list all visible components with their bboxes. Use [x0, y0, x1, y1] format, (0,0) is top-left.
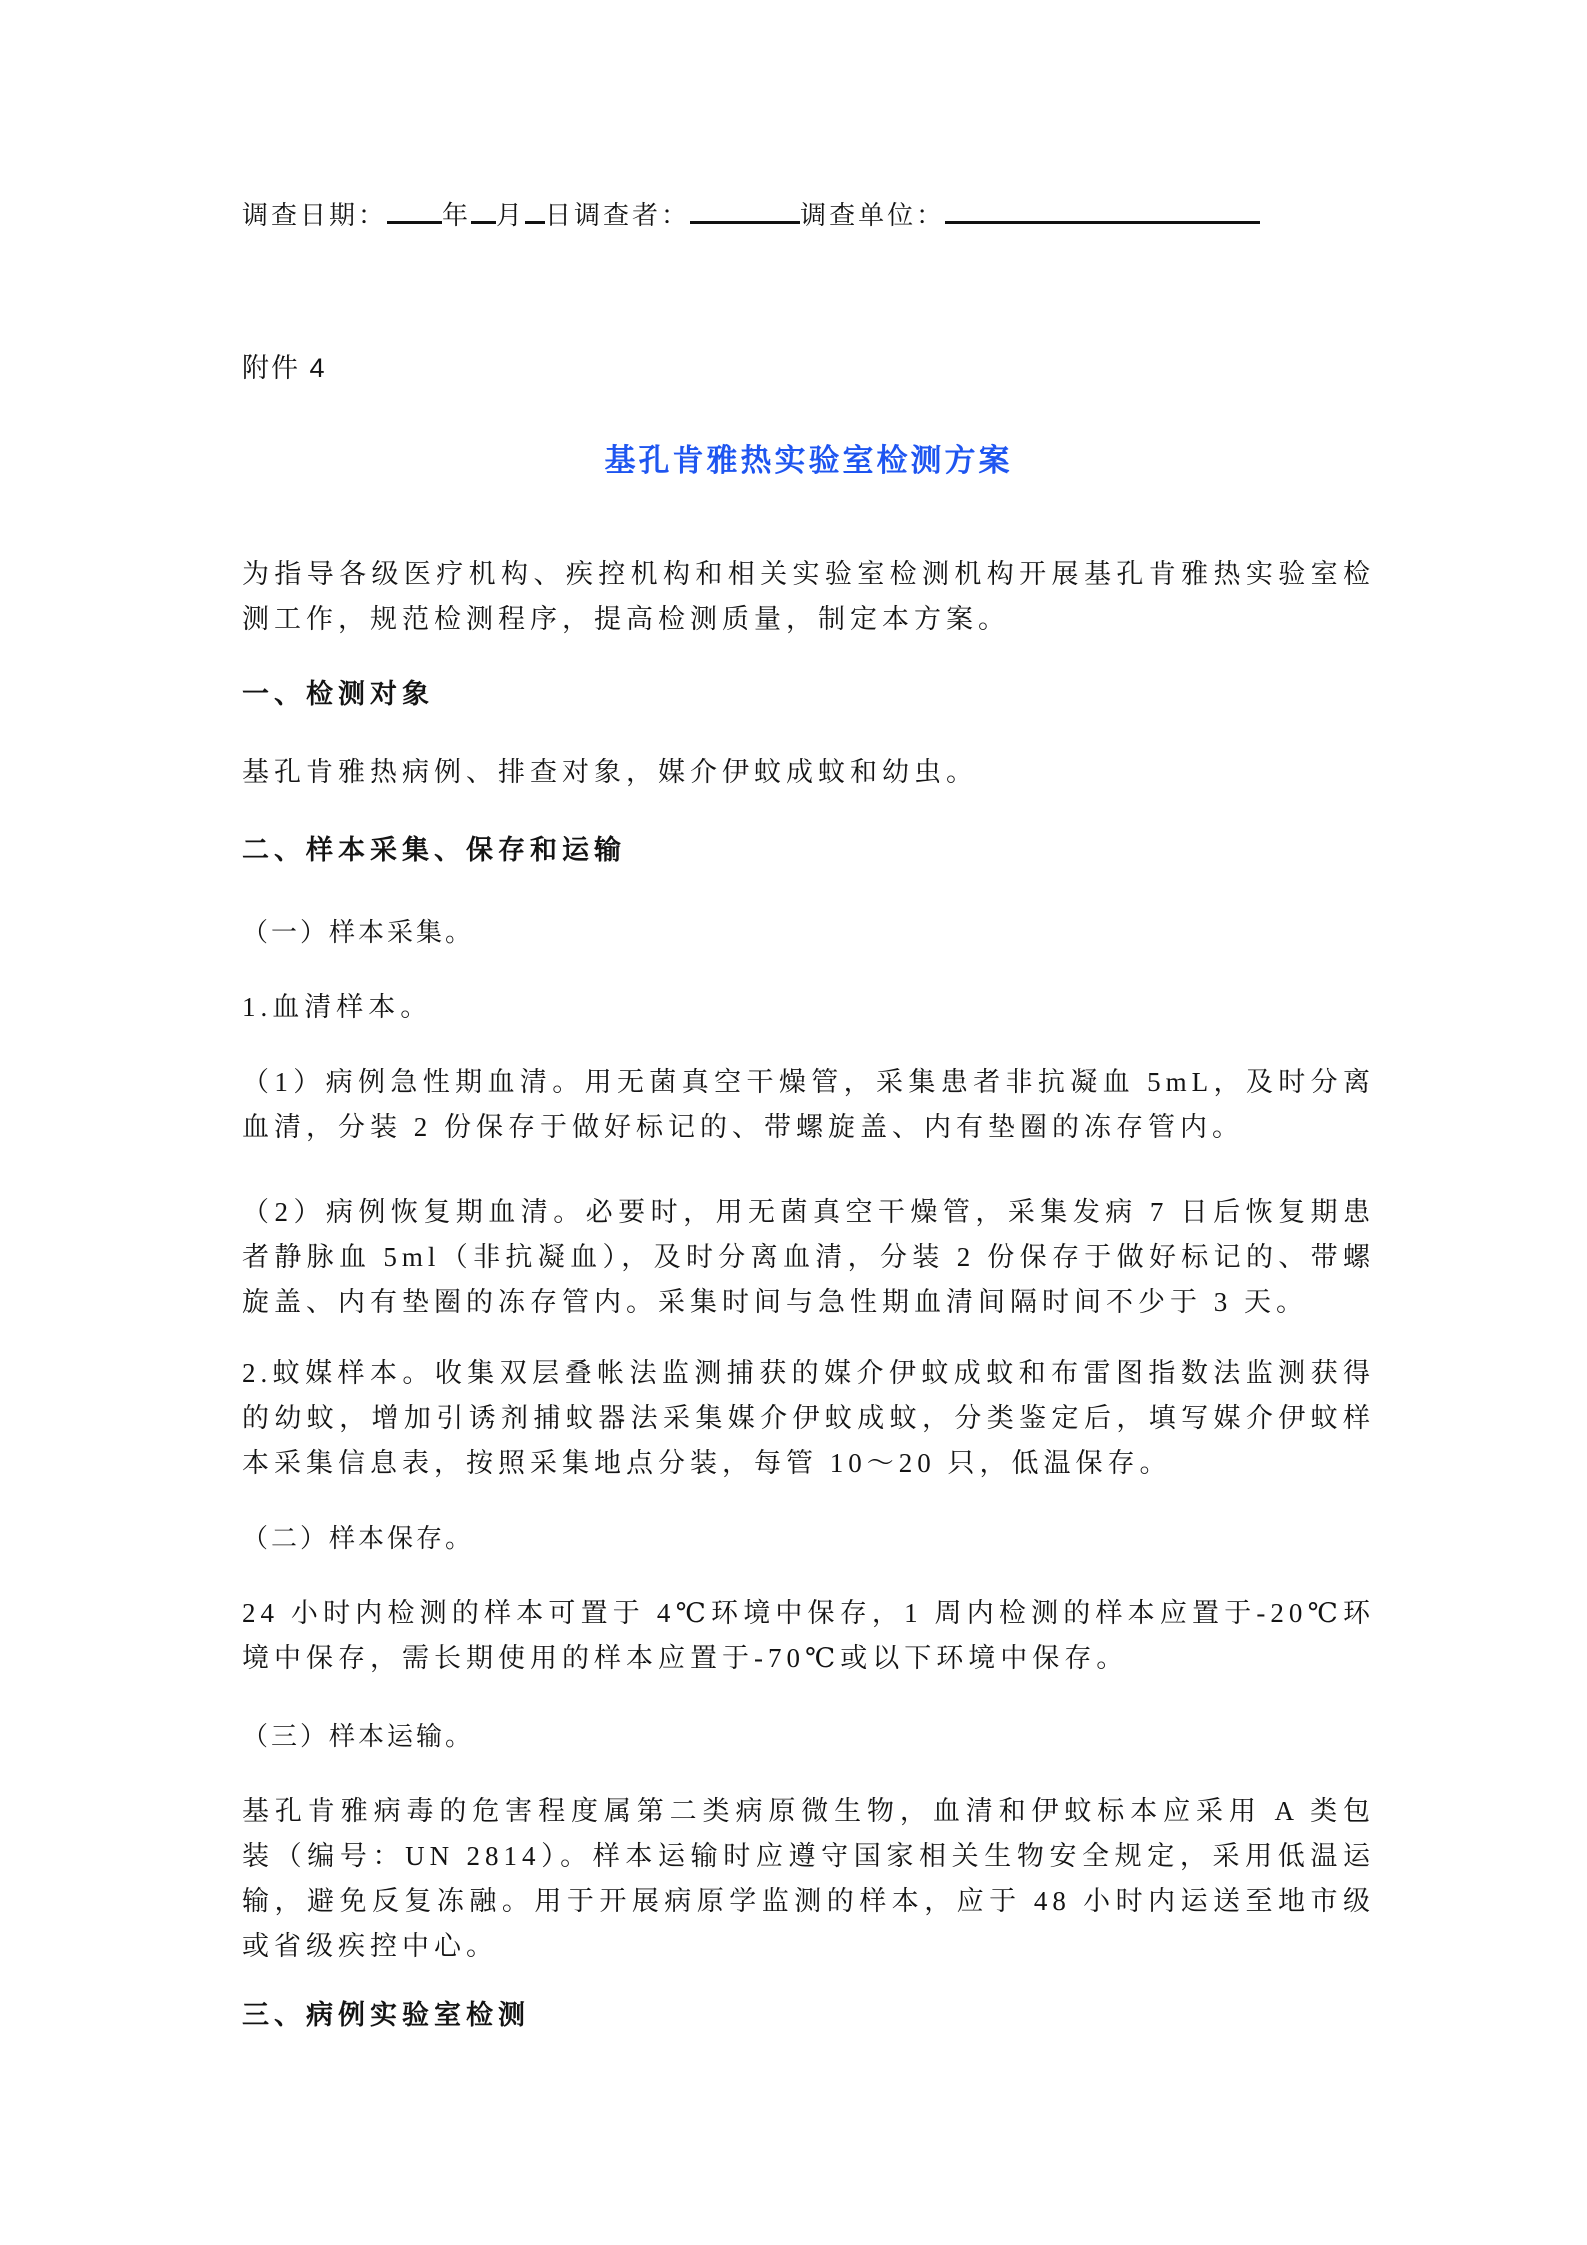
- unit-blank-underline: [945, 221, 1260, 224]
- day-investigator-label: 日调查者：: [545, 201, 690, 230]
- convalescent-serum-paragraph: （2）病例恢复期血清。必要时，用无菌真空干燥管，采集发病 7 日后恢复期患者静脉…: [242, 1190, 1375, 1325]
- date-blank-underline: [387, 221, 442, 224]
- section-heading-3: 三、病例实验室检测: [242, 1995, 1375, 2035]
- subsection-sample-storage: （二）样本保存。: [242, 1516, 1375, 1561]
- intro-paragraph: 为指导各级医疗机构、疾控机构和相关实验室检测机构开展基孔肯雅热实验室检测工作，规…: [242, 552, 1375, 642]
- document-page: 调查日期：年月日调查者：调查单位： 附件 4 基孔肯雅热实验室检测方案 为指导各…: [0, 0, 1587, 2245]
- section-heading-2: 二、样本采集、保存和运输: [242, 830, 1375, 870]
- doc-title: 基孔肯雅热实验室检测方案: [242, 438, 1375, 484]
- attachment-label: 附件 4: [242, 348, 1375, 388]
- investigator-blank-underline: [690, 221, 800, 224]
- survey-date-label: 调查日期：: [242, 201, 387, 230]
- acute-serum-paragraph: （1）病例急性期血清。用无菌真空干燥管，采集患者非抗凝血 5mL，及时分离血清，…: [242, 1060, 1375, 1150]
- month-label: 月: [496, 201, 525, 230]
- section-heading-1: 一、检测对象: [242, 674, 1375, 714]
- detection-targets-paragraph: 基孔肯雅热病例、排查对象，媒介伊蚊成蚊和幼虫。: [242, 750, 1375, 795]
- subsection-sample-collection: （一）样本采集。: [242, 910, 1375, 955]
- storage-paragraph: 24 小时内检测的样本可置于 4℃环境中保存，1 周内检测的样本应置于-20℃环…: [242, 1591, 1375, 1681]
- unit-label: 调查单位：: [800, 201, 945, 230]
- survey-header-line: 调查日期：年月日调查者：调查单位：: [242, 193, 1375, 238]
- day-blank-underline: [525, 221, 545, 224]
- year-label: 年: [442, 201, 471, 230]
- mosquito-sample-paragraph: 2.蚊媒样本。收集双层叠帐法监测捕获的媒介伊蚊成蚊和布雷图指数法监测获得的幼蚊，…: [242, 1351, 1375, 1486]
- transport-paragraph: 基孔肯雅病毒的危害程度属第二类病原微生物，血清和伊蚊标本应采用 A 类包装（编号…: [242, 1789, 1375, 1969]
- subsection-sample-transport: （三）样本运输。: [242, 1714, 1375, 1759]
- serum-sample-label: 1.血清样本。: [242, 985, 1375, 1030]
- month-blank-underline: [471, 221, 496, 224]
